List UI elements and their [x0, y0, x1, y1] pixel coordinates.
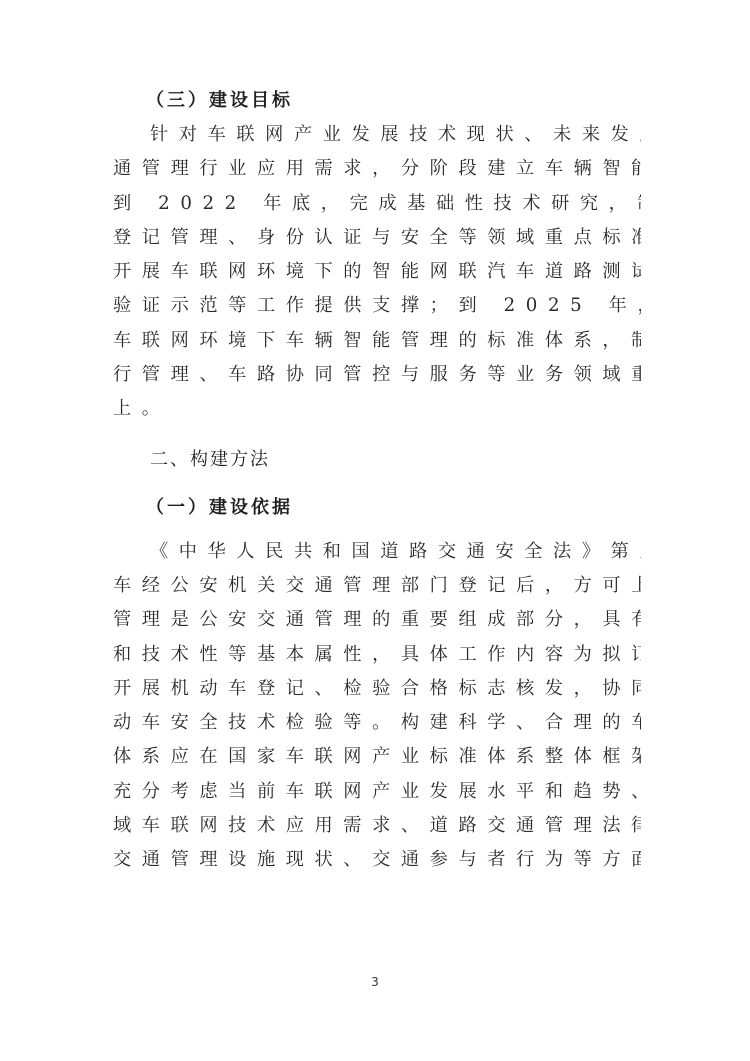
- text-line: 验证示范等工作提供支撑；到 2025 年，系统形成能够支撑: [113, 289, 641, 323]
- heading-construction-goal: （三）建设目标: [113, 84, 641, 118]
- paragraph-construction-basis: 《中华人民共和国道路交通安全法》第八条规定：“机动 车经公安机关交通管理部门登记…: [113, 535, 641, 878]
- spacer: [113, 477, 641, 491]
- text-line: 《中华人民共和国道路交通安全法》第八条规定：“机动: [113, 535, 641, 569]
- heading-construction-method: 二、构建方法: [113, 443, 641, 477]
- text-line: 登记管理、身份认证与安全等领域重点标准 20 项以上，为: [113, 221, 641, 255]
- text-line: 针对车联网产业发展技术现状、未来发展趋势及道路交: [113, 118, 641, 152]
- heading-construction-basis: （一）建设依据: [113, 491, 641, 525]
- text-line: 上。: [113, 392, 641, 426]
- text-line: 动车安全技术检验等。构建科学、合理的车辆智能管理标准: [113, 706, 641, 740]
- text-line: 通管理行业应用需求，分阶段建立车辆智能管理标准体系：: [113, 152, 641, 186]
- text-line: 到 2022 年底，完成基础性技术研究，制修订智能网联汽车: [113, 187, 641, 221]
- text-line: 车经公安机关交通管理部门登记后，方可上道路行驶”。车辆: [113, 569, 641, 603]
- text-line: 车联网环境下车辆智能管理的标准体系，制修订道路交通运: [113, 324, 641, 358]
- text-line: 充分考虑当前车联网产业发展水平和趋势、公安交通管理领: [113, 775, 641, 809]
- text-line: 管理是公安交通管理的重要组成部分，具有社会性、服务性: [113, 603, 641, 637]
- text-line: 交通管理设施现状、交通参与者行为等方面影响，满足公安: [113, 843, 641, 877]
- spacer: [113, 525, 641, 535]
- text-line: 开展车联网环境下的智能网联汽车道路测试、车联网城市级: [113, 255, 641, 289]
- text-line: 域车联网技术应用需求、道路交通管理法律法规政策、道路: [113, 809, 641, 843]
- document-page: （三）建设目标 针对车联网产业发展技术现状、未来发展趋势及道路交 通管理行业应用…: [113, 84, 641, 878]
- text-line: 体系应在国家车联网产业标准体系整体框架下（详见图 1），: [113, 740, 641, 774]
- text-line: 行管理、车路协同管控与服务等业务领域重点标准 60 项以: [113, 358, 641, 392]
- paragraph-construction-goal: 针对车联网产业发展技术现状、未来发展趋势及道路交 通管理行业应用需求，分阶段建立…: [113, 118, 641, 427]
- page-number: 3: [0, 975, 750, 989]
- text-line: 开展机动车登记、检验合格标志核发，协同有关部门监督机: [113, 672, 641, 706]
- spacer: [113, 427, 641, 443]
- text-line: 和技术性等基本属性，具体工作内容为拟订相关政策、法规，: [113, 638, 641, 672]
